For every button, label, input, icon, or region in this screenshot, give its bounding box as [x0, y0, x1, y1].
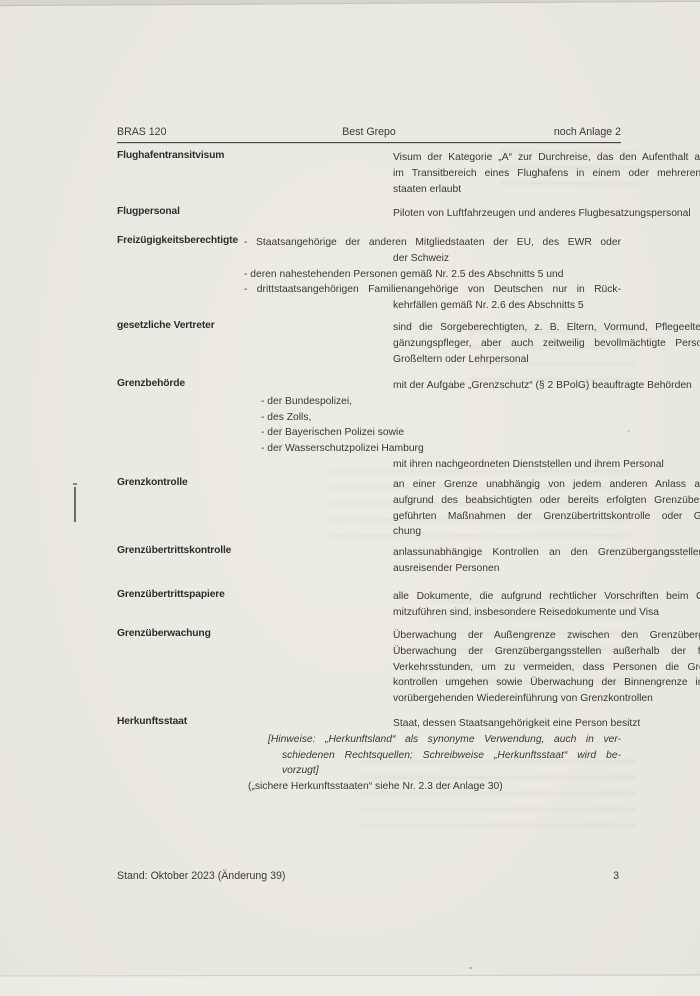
definition-line: chung: [393, 524, 700, 540]
definition-line: - drittstaatsangehörigen Familienangehör…: [244, 282, 621, 298]
definition-text: anlassunabhängige Kontrollen an den Gren…: [255, 545, 621, 577]
header-doc-id: BRAS 120: [117, 126, 166, 138]
footer-page-number: 3: [613, 870, 619, 882]
glossary-entry: GrenzüberwachungÜberwachung der Außengre…: [117, 628, 621, 707]
definition-line: an einer Grenze unabhängig von jedem and…: [393, 477, 700, 493]
glossary-entry: Freizügigkeitsberechtigte- Staatsangehör…: [117, 235, 621, 314]
definition-text: an einer Grenze unabhängig von jedem and…: [255, 477, 621, 540]
definition-line: Visum der Kategorie „A“ zur Durchreise, …: [393, 150, 700, 166]
scan-speck-artifact: [469, 967, 472, 969]
definition-line: kehrfällen gemäß Nr. 2.6 des Abschnitts …: [393, 298, 700, 314]
definition-line: Großeltern oder Lehrpersonal: [393, 352, 700, 368]
definition-line: sind die Sorgeberechtigten, z. B. Eltern…: [393, 320, 700, 336]
definition-line: kontrollen umgehen sowie Überwachung der…: [393, 675, 700, 691]
definition-line: („sichere Herkunftsstaaten“ siehe Nr. 2.…: [248, 779, 621, 795]
definition-line: - der Bundespolizei,: [261, 394, 621, 410]
definition-line: mit der Aufgabe „Grenzschutz“ (§ 2 BPolG…: [393, 378, 700, 394]
definition-line: [Hinweise: „Herkunftsland“ als synonyme …: [268, 732, 621, 748]
definition-line: ausreisender Personen: [393, 561, 700, 577]
term-label: Flugpersonal: [117, 206, 257, 217]
definition-text: Piloten von Luftfahrzeugen und anderes F…: [255, 206, 621, 222]
definition-text: mit der Aufgabe „Grenzschutz“ (§ 2 BPolG…: [255, 378, 621, 473]
definition-line: Überwachung der Grenzübergangsstellen au…: [393, 644, 700, 660]
definition-line: vorzugt]: [282, 763, 621, 779]
glossary-entry: Grenzübertrittspapierealle Dokumente, di…: [117, 589, 621, 621]
page-header: BRAS 120 Best Grepo noch Anlage 2: [117, 126, 621, 142]
glossary-entry: FlugpersonalPiloten von Luftfahrzeugen u…: [117, 206, 621, 222]
header-doc-title: Best Grepo: [342, 126, 396, 138]
term-label: Herkunftsstaat: [117, 716, 257, 727]
term-label: Flughafentransitvisum: [117, 150, 257, 161]
definition-text: Überwachung der Außengrenze zwischen den…: [255, 628, 621, 707]
definition-text: Staat, dessen Staatsangehörigkeit eine P…: [255, 716, 621, 795]
term-label: Grenzbehörde: [117, 378, 257, 389]
definition-text: sind die Sorgeberechtigten, z. B. Eltern…: [255, 320, 621, 367]
definition-line: - der Bayerischen Polizei sowie: [261, 425, 621, 441]
definition-line: vorübergehenden Wiedereinführung von Gre…: [393, 691, 700, 707]
term-label: gesetzliche Vertreter: [117, 320, 257, 331]
definition-line: Staat, dessen Staatsangehörigkeit eine P…: [393, 716, 700, 732]
definition-text: alle Dokumente, die aufgrund rechtlicher…: [255, 589, 621, 621]
definition-text: Visum der Kategorie „A“ zur Durchreise, …: [255, 150, 621, 197]
term-label: Grenzübertrittspapiere: [117, 589, 257, 600]
glossary-entry: Grenzkontrollean einer Grenze unabhängig…: [117, 477, 621, 540]
glossary-entry: Grenzübertrittskontrolleanlassunabhängig…: [117, 545, 621, 577]
document-page: BRAS 120 Best Grepo noch Anlage 2 Flugha…: [0, 0, 700, 996]
term-label: Grenzüberwachung: [117, 628, 257, 639]
definition-line: schiedenen Rechtsquellen; Schreibweise „…: [282, 748, 621, 764]
term-label: Grenzkontrolle: [117, 477, 257, 488]
term-label: Freizügigkeitsberechtigte: [117, 235, 257, 246]
definition-line: aufgrund des beabsichtigten oder bereits…: [393, 493, 700, 509]
definition-line: mit ihren nachgeordneten Dienststellen u…: [393, 457, 700, 473]
definition-line: Überwachung der Außengrenze zwischen den…: [393, 628, 700, 644]
definition-line: Verkehrsstunden, um zu vermeiden, dass P…: [393, 660, 700, 676]
scan-speck-artifact: [627, 430, 630, 432]
definition-line: anlassunabhängige Kontrollen an den Gren…: [393, 545, 700, 561]
definition-line: geführten Maßnahmen der Grenzübertrittsk…: [393, 509, 700, 525]
definition-line: alle Dokumente, die aufgrund rechtlicher…: [393, 589, 700, 605]
definition-line: der Schweiz: [393, 251, 700, 267]
definition-line: - Staatsangehörige der anderen Mitglieds…: [244, 235, 621, 251]
definition-text: - Staatsangehörige der anderen Mitglieds…: [255, 235, 621, 314]
header-rule: [117, 142, 621, 143]
definition-line: gänzungspfleger, aber auch zeitweilig be…: [393, 336, 700, 352]
definition-line: staaten erlaubt: [393, 182, 700, 198]
page-footer: Stand: Oktober 2023 (Änderung 39) 3: [117, 870, 621, 886]
glossary-entry: FlughafentransitvisumVisum der Kategorie…: [117, 150, 621, 197]
definition-line: mitzuführen sind, insbesondere Reisedoku…: [393, 605, 700, 621]
footer-version-date: Stand: Oktober 2023 (Änderung 39): [117, 870, 285, 882]
glossary-entry: gesetzliche Vertretersind die Sorgeberec…: [117, 320, 621, 367]
glossary-entry: HerkunftsstaatStaat, dessen Staatsangehö…: [117, 716, 621, 795]
paper-crease-light-band: [0, 976, 700, 996]
term-label: Grenzübertrittskontrolle: [117, 545, 257, 556]
scan-top-edge-artifact: [0, 0, 700, 6]
definition-line: - des Zolls,: [261, 410, 621, 426]
definition-line: - der Wasserschutzpolizei Hamburg: [261, 441, 621, 457]
header-annex-label: noch Anlage 2: [554, 126, 621, 138]
binding-mark: [74, 487, 76, 522]
definition-line: Piloten von Luftfahrzeugen und anderes F…: [393, 206, 700, 222]
glossary-entry: Grenzbehördemit der Aufgabe „Grenzschutz…: [117, 378, 621, 473]
definition-line: im Transitbereich eines Flughafens in ei…: [393, 166, 700, 182]
definition-line: - deren nahestehenden Personen gemäß Nr.…: [244, 267, 621, 283]
